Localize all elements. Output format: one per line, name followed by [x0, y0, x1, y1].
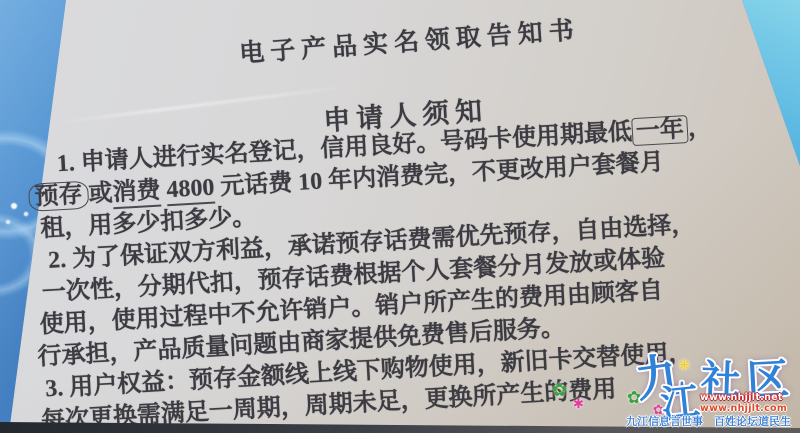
document-body: 1. 申请人进行实名登记，信用良好。号码卡使用期最低一年，预存或消费 4800 …	[26, 106, 800, 433]
annotated-text-underline: 消费	[112, 178, 162, 210]
text-segment: 或	[88, 180, 113, 207]
annotated-text-underline: 4800	[166, 175, 216, 207]
photo-of-notice-document: 电子产品实名领取告知书 申请人须知 1. 申请人进行实名登记，信用良好。号码卡使…	[0, 0, 800, 433]
text-segment: ，	[687, 115, 712, 142]
annotated-text-boxed: 一年	[631, 115, 688, 146]
annotated-text-boxed-round: 预存	[28, 181, 89, 212]
